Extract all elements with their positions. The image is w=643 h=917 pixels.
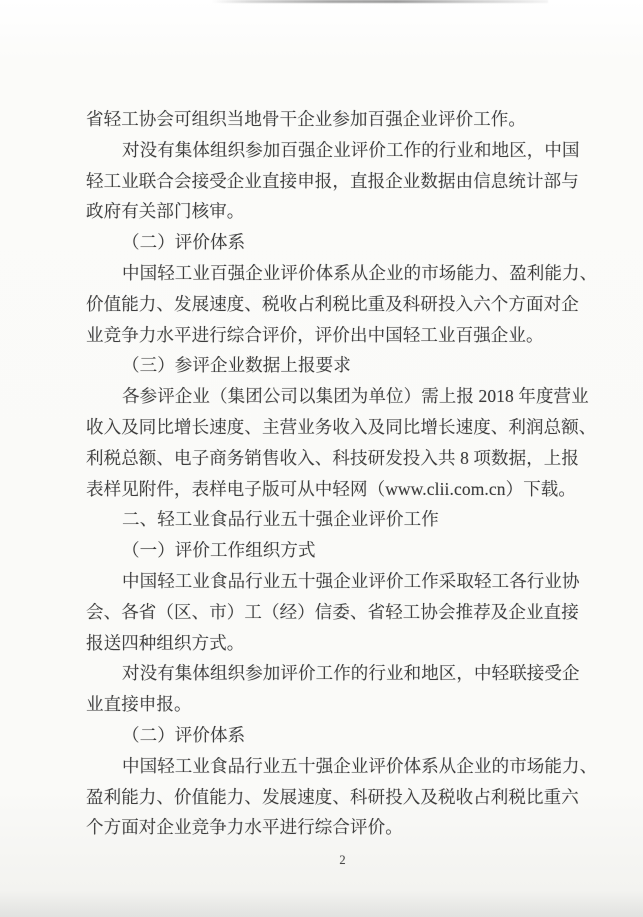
text-line: 报送四种组织方式。 xyxy=(86,628,572,659)
text-line: 中国轻工业食品行业五十强企业评价工作采取轻工各行业协 xyxy=(86,566,572,597)
text-line: 业竞争力水平进行综合评价，评价出中国轻工业百强企业。 xyxy=(86,320,572,351)
text-line: （一）评价工作组织方式 xyxy=(86,535,572,566)
text-line: 中国轻工业百强企业评价体系从企业的市场能力、盈利能力、 xyxy=(86,258,572,289)
text-line: 对没有集体组织参加评价工作的行业和地区，中轻联接受企 xyxy=(86,658,572,689)
text-line: 省轻工协会可组织当地骨干企业参加百强企业评价工作。 xyxy=(86,104,572,135)
text-line: 个方面对企业竞争力水平进行综合评价。 xyxy=(86,812,572,843)
text-line: 轻工业联合会接受企业直接申报，直报企业数据由信息统计部与 xyxy=(86,166,572,197)
text-line: 表样见附件，表样电子版可从中轻网（www.clii.com.cn）下载。 xyxy=(86,474,572,505)
scan-artifact-bottom-shade xyxy=(0,891,643,917)
scan-artifact-top-streak xyxy=(212,0,548,3)
text-line: 各参评企业（集团公司以集团为单位）需上报 2018 年度营业 xyxy=(86,381,572,412)
text-line: 政府有关部门核审。 xyxy=(86,196,572,227)
document-body: 省轻工协会可组织当地骨干企业参加百强企业评价工作。对没有集体组织参加百强企业评价… xyxy=(86,104,572,843)
text-line: 二、轻工业食品行业五十强企业评价工作 xyxy=(86,504,572,535)
text-line: （二）评价体系 xyxy=(86,720,572,751)
text-line: 盈利能力、价值能力、发展速度、科研投入及税收占利税比重六 xyxy=(86,782,572,813)
text-line: 价值能力、发展速度、税收占利税比重及科研投入六个方面对企 xyxy=(86,289,572,320)
page-number: 2 xyxy=(21,853,643,868)
text-line: 业直接申报。 xyxy=(86,689,572,720)
text-line: 对没有集体组织参加百强企业评价工作的行业和地区，中国 xyxy=(86,135,572,166)
text-line: （三）参评企业数据上报要求 xyxy=(86,350,572,381)
text-line: 利税总额、电子商务销售收入、科技研发投入共 8 项数据，上报 xyxy=(86,443,572,474)
text-line: 中国轻工业食品行业五十强企业评价体系从企业的市场能力、 xyxy=(86,751,572,782)
text-line: 会、各省（区、市）工（经）信委、省轻工协会推荐及企业直接 xyxy=(86,597,572,628)
text-line: （二）评价体系 xyxy=(86,227,572,258)
scanned-document-page: 省轻工协会可组织当地骨干企业参加百强企业评价工作。对没有集体组织参加百强企业评价… xyxy=(0,0,643,917)
text-line: 收入及同比增长速度、主营业务收入及同比增长速度、利润总额、 xyxy=(86,412,572,443)
